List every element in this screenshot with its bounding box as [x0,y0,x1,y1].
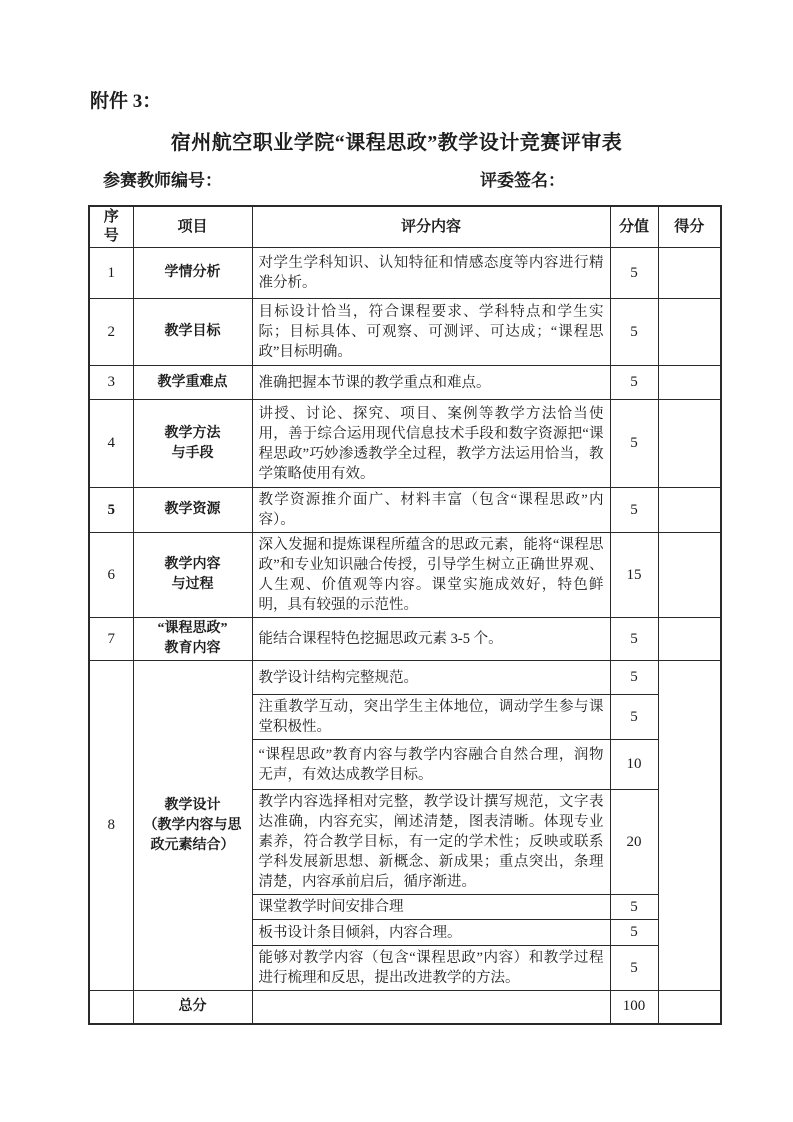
row4-score: 5 [610,400,658,488]
table-row: 8 教学设计 （教学内容与思 政元素结合） 教学设计结构完整规范。 5 [89,661,721,695]
row8-sub6-score: 5 [610,920,658,946]
row2-content: 目标设计恰当，符合课程要求、学科特点和学生实际；目标具体、可观察、可测评、可达成… [252,299,610,366]
table-row-total: 总分 100 [89,991,721,1024]
row7-item: “课程思政” 教育内容 [133,618,252,661]
table-row: 5 教学资源 教学资源推介面广、材料丰富（包含“课程思政”内容）。 5 [89,488,721,533]
judge-signature-label: 评委签名： [480,166,565,191]
header-score: 分值 [610,206,658,248]
document-page: 附件 3： 宿州航空职业学院“课程思政”教学设计竞赛评审表 参赛教师编号： 评委… [0,0,793,1122]
row7-earned [658,618,721,661]
total-score: 100 [610,991,658,1024]
row2-seq: 2 [89,299,133,366]
row8-sub2-content: 注重教学互动，突出学生主体地位，调动学生参与课堂积极性。 [252,695,610,740]
row6-content: 深入发掘和提炼课程所蕴含的思政元素，能将“课程思政”和专业知识融合传授，引导学生… [252,533,610,618]
row6-item: 教学内容 与过程 [133,533,252,618]
row5-seq: 5 [89,488,133,533]
row3-content: 准确把握本节课的教学重点和难点。 [252,366,610,400]
row8-sub7-content: 能够对教学内容（包含“课程思政”内容）和教学过程进行梳理和反思，提出改进教学的方… [252,946,610,991]
row4-earned [658,400,721,488]
header-earned: 得分 [658,206,721,248]
row6-earned [658,533,721,618]
row1-score: 5 [610,248,658,299]
row5-content: 教学资源推介面广、材料丰富（包含“课程思政”内容）。 [252,488,610,533]
row2-earned [658,299,721,366]
row8-sub5-score: 5 [610,895,658,920]
row1-item: 学情分析 [133,248,252,299]
row8-sub3-score: 10 [610,740,658,790]
evaluation-table: 序 号 项目 评分内容 分值 得分 1 学情分析 对学生学科知识、认知特征和情感… [88,205,722,1025]
row8-sub6-content: 板书设计条目倾斜，内容合理。 [252,920,610,946]
row7-score: 5 [610,618,658,661]
table-row: 6 教学内容 与过程 深入发掘和提炼课程所蕴含的思政元素，能将“课程思政”和专业… [89,533,721,618]
table-row: 1 学情分析 对学生学科知识、认知特征和情感态度等内容进行精准分析。 5 [89,248,721,299]
row8-sub3-content: “课程思政”教育内容与教学内容融合自然合理，润物无声，有效达成教学目标。 [252,740,610,790]
row8-sub1-content: 教学设计结构完整规范。 [252,661,610,695]
table-row: 3 教学重难点 准确把握本节课的教学重点和难点。 5 [89,366,721,400]
row4-content: 讲授、讨论、探究、项目、案例等教学方法恰当使用，善于综合运用现代信息技术手段和数… [252,400,610,488]
row8-item: 教学设计 （教学内容与思 政元素结合） [133,661,252,991]
row6-seq: 6 [89,533,133,618]
row7-content: 能结合课程特色挖掘思政元素 3-5 个。 [252,618,610,661]
row4-seq: 4 [89,400,133,488]
row3-earned [658,366,721,400]
total-earned [658,991,721,1024]
table-row: 7 “课程思政” 教育内容 能结合课程特色挖掘思政元素 3-5 个。 5 [89,618,721,661]
row8-sub1-score: 5 [610,661,658,695]
row3-seq: 3 [89,366,133,400]
total-seq [89,991,133,1024]
row5-earned [658,488,721,533]
row5-score: 5 [610,488,658,533]
row1-content: 对学生学科知识、认知特征和情感态度等内容进行精准分析。 [252,248,610,299]
row3-item: 教学重难点 [133,366,252,400]
row2-item: 教学目标 [133,299,252,366]
row1-seq: 1 [89,248,133,299]
row8-sub2-score: 5 [610,695,658,740]
header-item: 项目 [133,206,252,248]
table-header-row: 序 号 项目 评分内容 分值 得分 [89,206,721,248]
row8-seq: 8 [89,661,133,991]
row8-sub4-score: 20 [610,790,658,895]
header-seq: 序 号 [89,206,133,248]
attachment-label: 附件 3： [90,86,161,113]
row7-seq: 7 [89,618,133,661]
row5-item: 教学资源 [133,488,252,533]
table-row: 4 教学方法 与手段 讲授、讨论、探究、项目、案例等教学方法恰当使用，善于综合运… [89,400,721,488]
row8-earned [658,661,721,991]
row8-sub5-content: 课堂教学时间安排合理 [252,895,610,920]
table-row: 2 教学目标 目标设计恰当，符合课程要求、学科特点和学生实际；目标具体、可观察、… [89,299,721,366]
total-label: 总分 [133,991,252,1024]
row4-item: 教学方法 与手段 [133,400,252,488]
row2-score: 5 [610,299,658,366]
row6-score: 15 [610,533,658,618]
teacher-number-label: 参赛教师编号： [103,166,222,191]
row8-sub4-content: 教学内容选择相对完整，教学设计撰写规范，文字表达准确，内容充实，阐述清楚，图表清… [252,790,610,895]
row8-sub7-score: 5 [610,946,658,991]
header-content: 评分内容 [252,206,610,248]
row3-score: 5 [610,366,658,400]
total-content [252,991,610,1024]
page-title: 宿州航空职业学院“课程思政”教学设计竞赛评审表 [0,126,793,155]
row1-earned [658,248,721,299]
